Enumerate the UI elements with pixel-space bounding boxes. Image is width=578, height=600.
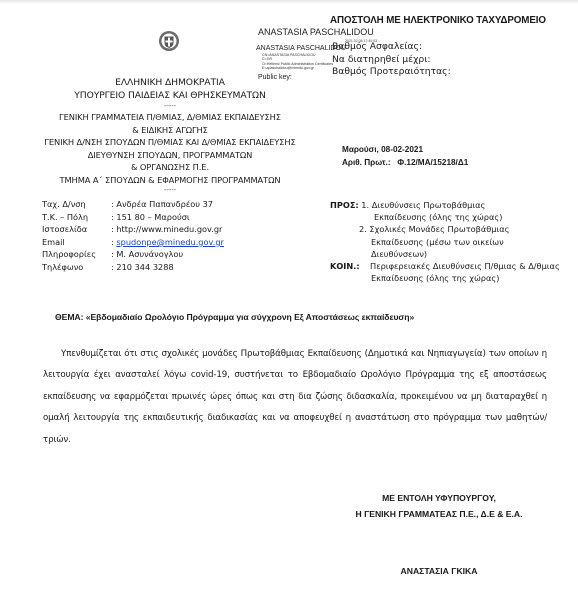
ministry-header: ΕΛΛΗΝΙΚΗ ΔΗΜΟΚΡΑΤΙΑ ΥΠΟΥΡΓΕΙΟ ΠΑΙΔΕΙΑΣ Κ… <box>20 76 320 195</box>
priority-field: Βαθμός Προτεραιότητας: <box>332 66 451 79</box>
cc-recipient: Περιφερειακές Διευθύνσεις Π/θμιας & Δ/θμ… <box>370 261 560 271</box>
greek-coat-of-arms-icon <box>158 30 180 52</box>
page-top-edge <box>0 0 578 4</box>
header-line: & ΕΙΔΙΚΗΣ ΑΓΩΓΗΣ <box>20 124 320 137</box>
header-line: ΤΜΗΜΑ Α΄ ΣΠΟΥΔΩΝ & ΕΦΑΡΜΟΓΗΣ ΠΡΟΓΡΑΜΜΑΤΩ… <box>20 174 320 187</box>
contact-label: Ταχ. Δ/νση <box>42 198 111 211</box>
recipient-cont: Εκπαίδευσης (μέσω των οικείων <box>330 236 575 248</box>
contact-label: Ιστοσελίδα <box>42 223 111 236</box>
recipient: 1. Διευθύνσεις Πρωτοβάθμιας <box>361 200 485 210</box>
contact-value: : spudonpe@minedu.gov.gr <box>111 236 224 249</box>
recipients-block: ΠΡΟΣ: 1. Διευθύνσεις Πρωτοβάθμιας Εκπαίδ… <box>330 199 575 284</box>
to-label: ΠΡΟΣ: <box>330 200 359 210</box>
contact-row: Τ.Κ. – Πόλη : 151 80 – Μαρούσι <box>42 211 224 224</box>
contact-value: : http://www.minedu.gov.gr <box>111 223 222 236</box>
signature-detail: E=apaschalidou@minedu.gov.gr <box>262 66 333 70</box>
contact-label: Τ.Κ. – Πόλη <box>42 211 111 224</box>
date-protocol-block: Μαρούσι, 08-02-2021 Αριθ. Πρωτ.: Φ.12/ΜΑ… <box>342 143 468 169</box>
signer-name: ΑΝΑΣΤΑΣΙΑ ΓΚΙΚΑ <box>300 566 578 576</box>
contact-row: Ταχ. Δ/νση : Ανδρέα Παπανδρέου 37 <box>42 198 224 211</box>
contact-label: Πληροφορίες <box>42 248 111 261</box>
contact-info: Ταχ. Δ/νση : Ανδρέα Παπανδρέου 37 Τ.Κ. –… <box>42 198 224 274</box>
contact-row: Πληροφορίες : Μ. Ασυνάνογλου <box>42 248 224 261</box>
separator: ----- <box>20 102 320 111</box>
protocol-line: Αριθ. Πρωτ.: Φ.12/ΜΑ/15218/Δ1 <box>342 156 468 169</box>
cc-recipient-cont: Εκπαίδευσης (όλης της χώρας) <box>330 272 575 284</box>
contact-value: : 151 80 – Μαρούσι <box>111 211 190 224</box>
security-level-field: Βαθμός Ασφαλείας: <box>332 41 451 54</box>
ministry-name: ΥΠΟΥΡΓΕΙΟ ΠΑΙΔΕΙΑΣ ΚΑΙ ΘΡΗΣΚΕΥΜΑΤΩΝ <box>20 89 320 102</box>
body-text: Υπενθυμίζεται ότι στις σχολικές μονάδες … <box>43 349 547 445</box>
retention-field: Να διατηρηθεί μέχρι: <box>332 54 451 67</box>
subject-line: ΘΕΜΑ: «Εβδομαδιαίο Ωρολόγιο Πρόγραμμα γι… <box>55 312 414 322</box>
date-line: Μαρούσι, 08-02-2021 <box>342 143 468 156</box>
contact-label: Email <box>42 236 111 249</box>
contact-label: Τηλέφωνο <box>42 261 111 274</box>
contact-value: : 210 344 3288 <box>111 261 174 274</box>
security-fields: Βαθμός Ασφαλείας: Να διατηρηθεί μέχρι: Β… <box>332 41 451 79</box>
contact-row: Τηλέφωνο : 210 344 3288 <box>42 261 224 274</box>
signature-details: CN=ANASTASIA PASCHALIDOU C=GR O=Hellenic… <box>262 53 333 70</box>
contact-value: : Ανδρέα Παπανδρέου 37 <box>111 198 213 211</box>
contact-row: Ιστοσελίδα : http://www.minedu.gov.gr <box>42 223 224 236</box>
body-paragraph: Υπενθυμίζεται ότι στις σχολικές μονάδες … <box>43 344 547 451</box>
recipient-cont: Διευθύνσεων) <box>330 248 575 260</box>
protocol-label: Αριθ. Πρωτ.: <box>342 158 391 167</box>
protocol-number: Φ.12/ΜΑ/15218/Δ1 <box>397 158 468 167</box>
signature-name: ANASTASIA PASCHALIDOU <box>258 27 374 37</box>
cc-line: ΚΟΙΝ.: Περιφερειακές Διευθύνσεις Π/θμιας… <box>330 260 575 272</box>
header-line: & ΟΡΓΑΝΩΣΗΣ Π.Ε. <box>20 161 320 174</box>
dispatch-title: ΑΠΟΣΤΟΛΗ ΜΕ ΗΛΕΚΤΡΟΝΙΚΟ ΤΑΧΥΔΡΟΜΕΙΟ <box>330 15 546 26</box>
to-line: ΠΡΟΣ: 1. Διευθύνσεις Πρωτοβάθμιας <box>330 199 575 211</box>
recipient: 2. Σχολικές Μονάδες Πρωτοβάθμιας <box>330 223 575 235</box>
closing-block: ΜΕ ΕΝΤΟΛΗ ΥΦΥΠΟΥΡΓΟΥ, Η ΓΕΝΙΚΗ ΓΡΑΜΜΑΤΕΑ… <box>300 490 578 522</box>
header-line: ΓΕΝΙΚΗ ΓΡΑΜΜΑΤΕΙΑ Π/ΘΜΙΑΣ, Δ/ΘΜΙΑΣ ΕΚΠΑΙ… <box>20 111 320 124</box>
cc-label: ΚΟΙΝ.: <box>330 261 360 271</box>
closing-line: ΜΕ ΕΝΤΟΛΗ ΥΦΥΠΟΥΡΓΟΥ, <box>300 490 578 506</box>
contact-row: Email : spudonpe@minedu.gov.gr <box>42 236 224 249</box>
closing-line: Η ΓΕΝΙΚΗ ΓΡΑΜΜΑΤΕΑΣ Π.Ε., Δ.Ε & Ε.Α. <box>300 506 578 522</box>
header-line: ΓΕΝΙΚΗ Δ/ΝΣΗ ΣΠΟΥΔΩΝ Π/ΘΜΙΑΣ ΚΑΙ Δ/ΘΜΙΑΣ… <box>20 136 320 149</box>
recipient-cont: Εκπαίδευσης (όλης της χώρας) <box>330 211 575 223</box>
header-line: ΔΙΕΥΘΥΝΣΗ ΣΠΟΥΔΩΝ, ΠΡΟΓΡΑΜΜΑΤΩΝ <box>20 149 320 162</box>
country-name: ΕΛΛΗΝΙΚΗ ΔΗΜΟΚΡΑΤΙΑ <box>20 76 320 89</box>
email-link[interactable]: spudonpe@minedu.gov.gr <box>116 237 224 247</box>
separator: ----- <box>20 186 320 195</box>
contact-value: : Μ. Ασυνάνογλου <box>111 248 183 261</box>
